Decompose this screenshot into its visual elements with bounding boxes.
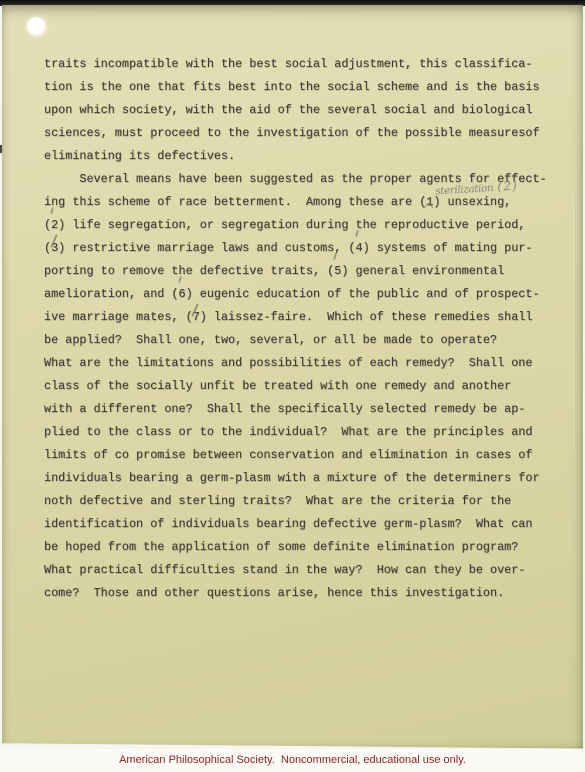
text-line: come? Those and other questions arise, h…: [44, 582, 554, 605]
paper-sheet: traits incompatible with the best social…: [2, 5, 583, 750]
text-line: identification of individuals bearing de…: [44, 513, 554, 536]
text-line: ive marriage mates, (7) laissez-faire. W…: [44, 306, 554, 329]
text-line: porting to remove the defective traits, …: [44, 260, 554, 283]
text-line: plied to the class or to the individual?…: [44, 421, 554, 444]
typewritten-text: traits incompatible with the best social…: [44, 53, 554, 605]
text-line: be applied? Shall one, two, several, or …: [44, 329, 554, 352]
text-line: What are the limitations and possibiliti…: [44, 352, 554, 375]
text-line: amelioration, and (6) eugenic education …: [44, 283, 554, 306]
text-line: What practical difficulties stand in the…: [44, 559, 554, 582]
text-line: be hoped from the application of some de…: [44, 536, 554, 559]
text-line: class of the socially unfit be treated w…: [44, 375, 554, 398]
text-line: upon which society, with the aid of the …: [44, 99, 554, 122]
hole-punch: [27, 17, 46, 36]
text-line: traits incompatible with the best social…: [44, 53, 554, 76]
text-line: (3) restrictive marriage laws and custom…: [44, 237, 554, 260]
text-line: noth defective and sterling traits? What…: [44, 490, 554, 513]
text-line: limits of co promise between conservatio…: [44, 444, 554, 467]
copyright-caption: American Philosophical Society. Noncomme…: [0, 749, 585, 771]
text-line: eliminating its defectives.: [44, 145, 554, 168]
handwritten-number: (2): [497, 177, 519, 193]
scanned-document-page: traits incompatible with the best social…: [0, 0, 585, 772]
text-line: sciences, must proceed to the investigat…: [44, 122, 554, 145]
text-line: tion is the one that fits best into the …: [44, 76, 554, 99]
text-line: (2) life segregation, or segregation dur…: [44, 214, 554, 237]
footer: American Philosophical Society. Noncomme…: [0, 749, 585, 772]
text-line: individuals bearing a germ-plasm with a …: [44, 467, 554, 490]
handwritten-word: sterilization: [435, 182, 494, 198]
paper-crease: [573, 190, 574, 450]
text-line: with a different one? Shall the specific…: [44, 398, 554, 421]
